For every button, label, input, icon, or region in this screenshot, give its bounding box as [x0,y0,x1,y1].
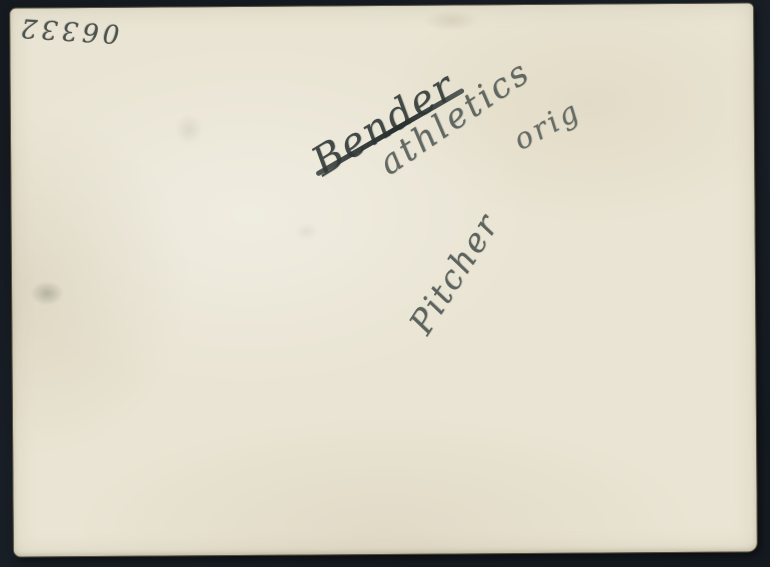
handwritten-position: Pitcher [401,206,507,341]
handwritten-catalog-number-upside-down: 06332 [16,12,120,48]
photo-back-card: 06332 Bender athletics orig Pitcher [10,3,757,556]
gray-smudge-left [24,276,70,310]
faint-stain-top [412,5,490,36]
faint-speckle-mark [169,107,209,151]
faint-center-mark [290,218,324,244]
scan-mat-background: 06332 Bender athletics orig Pitcher [0,0,770,567]
handwritten-orig-note: orig [508,93,587,157]
